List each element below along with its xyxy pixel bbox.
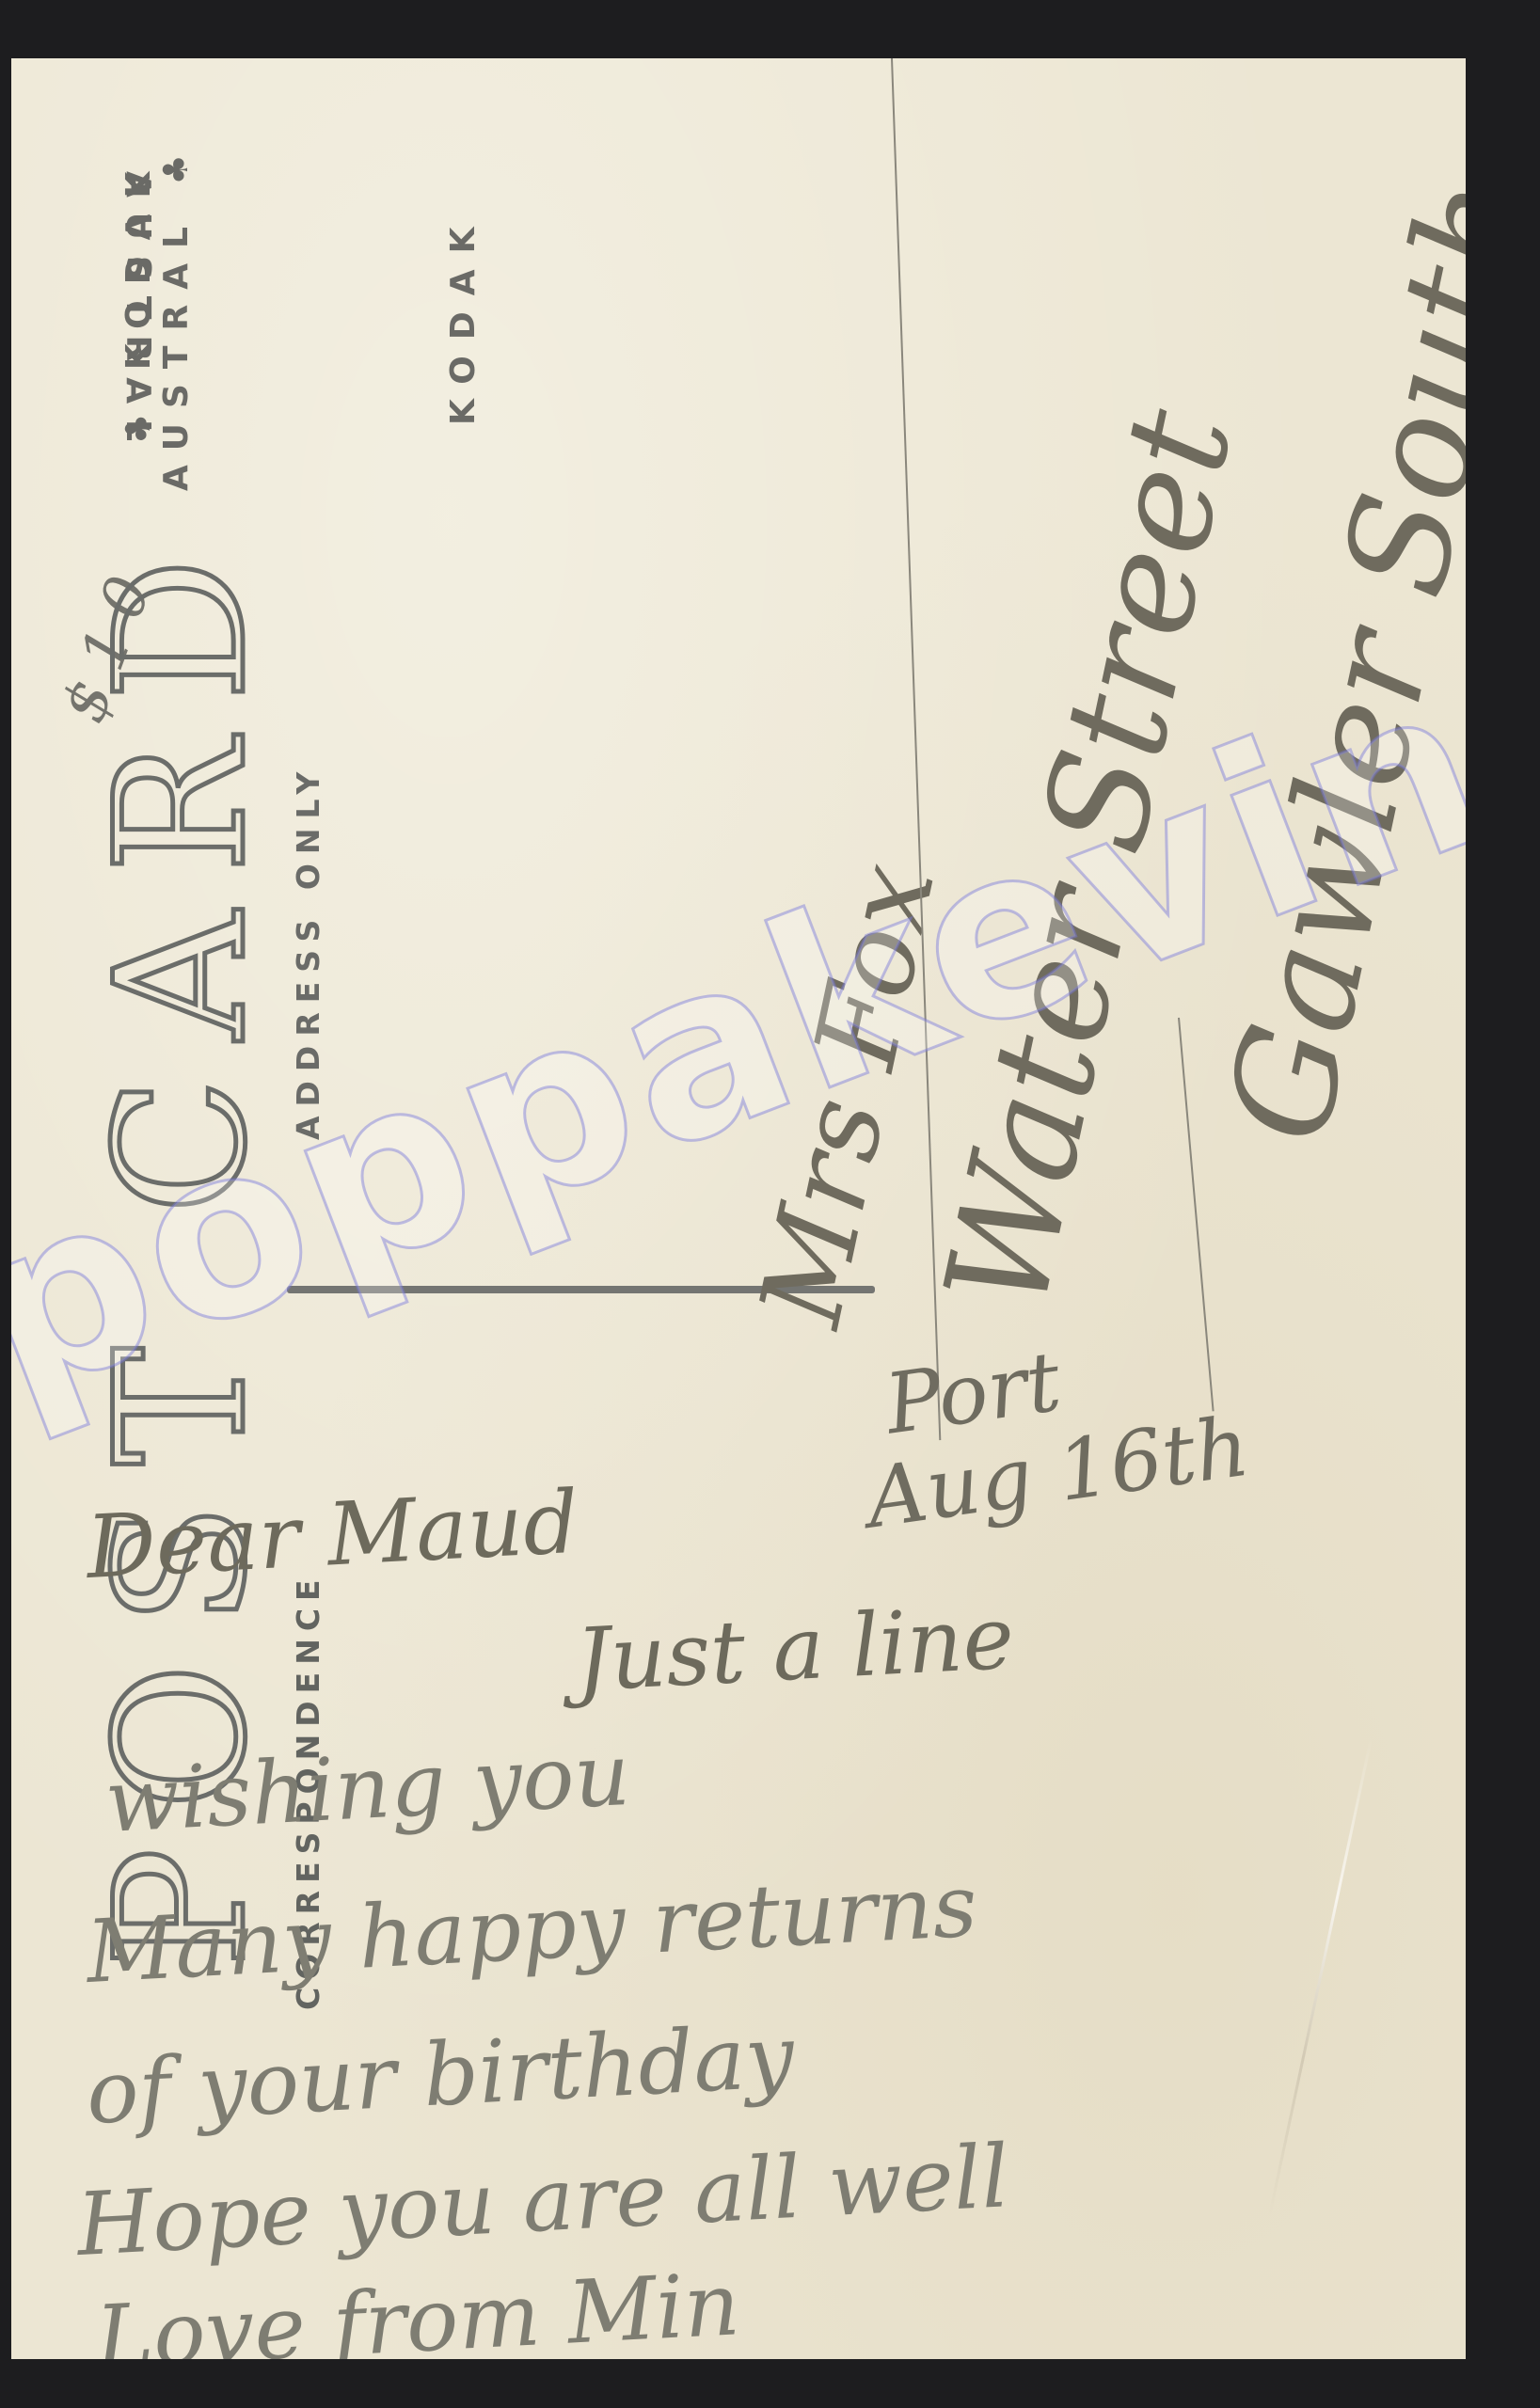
message-line-5: of your birthday <box>84 2006 796 2144</box>
message-line-2: Just a line <box>573 1588 1016 1711</box>
message-line-7: Love from Min <box>93 2254 742 2359</box>
message-line-6: Hope you are all well <box>74 2126 1011 2275</box>
stamp-box-right: KODAK <box>444 211 483 425</box>
postcard-back: ♣ KODAK AUSTRAL ♣ AUSTRAL KODAK $10 POST… <box>11 58 1466 2359</box>
stamp-box: ♣ KODAK AUSTRAL ♣ AUSTRAL KODAK <box>119 115 496 505</box>
stamp-box-bottom-column: AUSTRAL ♣ <box>157 139 196 491</box>
address-strike-line-1 <box>891 58 941 1440</box>
stamp-austral-bottom: AUSTRAL <box>157 212 196 491</box>
card-crease <box>1268 1737 1373 2216</box>
stamp-kodak-right: KODAK <box>444 211 483 425</box>
stamp-box-top: AUSTRAL <box>119 171 157 457</box>
club-ornament-icon: ♣ <box>157 139 196 184</box>
stamp-austral-top: AUSTRAL <box>119 171 157 457</box>
